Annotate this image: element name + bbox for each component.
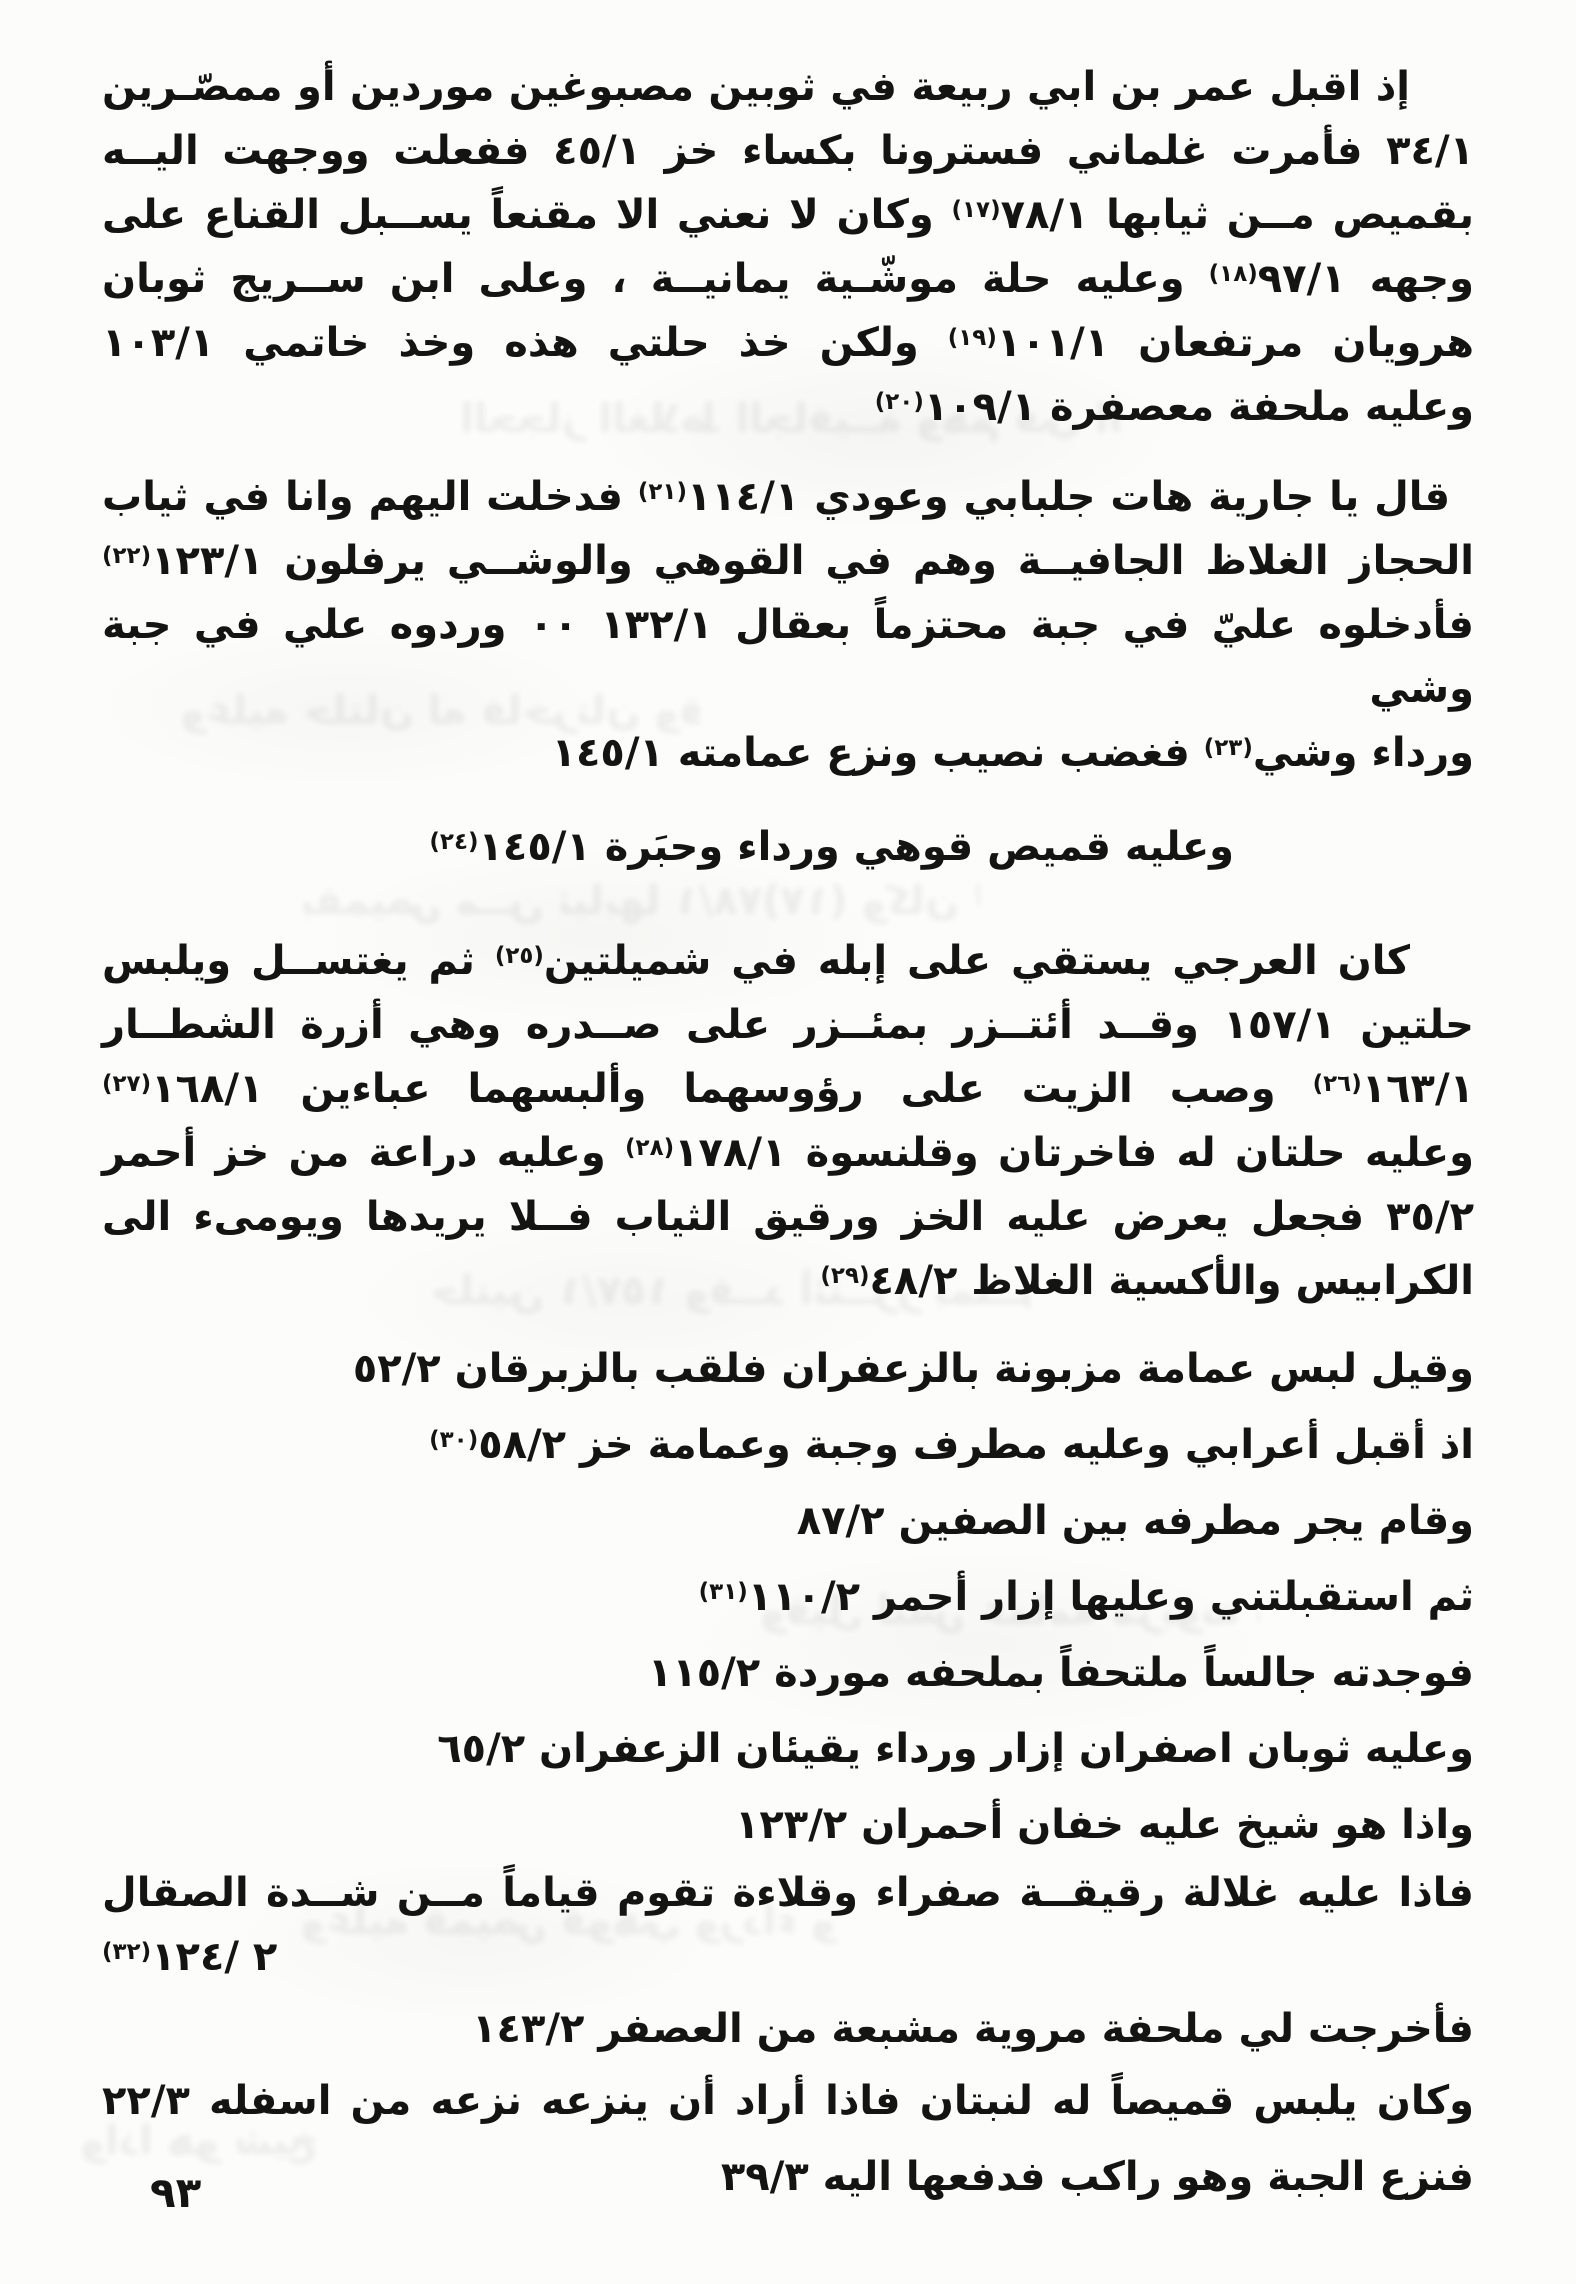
entry-6: وعليه ثوبان اصفران إزار ورداء يقيئان الز… xyxy=(102,1717,1474,1781)
text-line: وقيل لبس عمامة مزبونة بالزعفران فلقب بال… xyxy=(102,1337,1474,1401)
footnote-ref: (٢١) xyxy=(638,479,687,505)
paragraph-3: كان العرجي يستقي على إبله في شميلتين(٢٥)… xyxy=(102,929,1474,1313)
text-run: وكان يلبس قميصاً له لنبتان فاذا أراد أن … xyxy=(102,2078,1474,2124)
text-run: ١‏/٣٤ فأمرت غلماني فسترونا بكساء خز ١‏/٤… xyxy=(102,128,1474,174)
entry-11: فنزع الجبة وهو راكب فدفعها اليه ٣‏/٣٩ xyxy=(102,2145,1474,2209)
footnote-ref: (٢٣) xyxy=(1204,735,1253,761)
page-number: ٩٣ xyxy=(150,2168,201,2217)
text-run: وقام يجر مطرفه بين الصفين ٢‏/٨٧ xyxy=(797,1498,1474,1544)
footnote-ref: (٣٢) xyxy=(102,1939,151,1965)
text-line: الكرابيس والأكسية الغلاظ ٢‏/٤٨(٢٩) xyxy=(102,1249,1474,1313)
text-run: الحجاز الغلاظ الجافيــة وهم في القوهي وا… xyxy=(151,538,1474,584)
text-line: ثم استقبلتني وعليها إزار أحمر ٢‏/١١٠(٣١) xyxy=(102,1565,1474,1629)
scanned-page: الحجاز الغلاظ الجافيــة وهم في القوهي وا… xyxy=(0,0,1576,2284)
entry-7: واذا هو شيخ عليه خفان أحمران ٢‏/١٢٣ xyxy=(102,1793,1474,1857)
text-line: كان العرجي يستقي على إبله في شميلتين(٢٥)… xyxy=(102,929,1474,993)
text-line: وعليه ثوبان اصفران إزار ورداء يقيئان الز… xyxy=(102,1717,1474,1781)
footnote-ref: (٢٢) xyxy=(102,543,151,569)
text-run: وعليه دراعة من خز أحمر xyxy=(102,1130,625,1176)
entry-3: وقام يجر مطرفه بين الصفين ٢‏/٨٧ xyxy=(102,1489,1474,1553)
text-run: هرويان مرتفعان ١‏/١٠١ xyxy=(997,320,1474,366)
text-line: فنزع الجبة وهو راكب فدفعها اليه ٣‏/٣٩ xyxy=(102,2145,1474,2209)
text-line: واذا هو شيخ عليه خفان أحمران ٢‏/١٢٣ xyxy=(102,1793,1474,1857)
footnote-ref: (٢٤) xyxy=(429,829,478,855)
text-run: اذ أقبل أعرابي وعليه مطرف وجبة وعمامة خز… xyxy=(478,1422,1474,1468)
entry-8: فاذا عليه غلالة رقيقــة صفراء وقلاءة تقو… xyxy=(102,1861,1474,1989)
footnote-ref: (١٩) xyxy=(948,325,997,351)
entry-4: ثم استقبلتني وعليها إزار أحمر ٢‏/١١٠(٣١) xyxy=(102,1565,1474,1629)
text-line: فأدخلوه عليّ في جبة محتزماً بعقال ١‏/١٣٢… xyxy=(102,593,1474,721)
paragraph-1: إذ اقبل عمر بن ابي ربيعة في ثوبين مصبوغي… xyxy=(102,55,1474,439)
text-run: وعليه قميص قوهي ورداء وحبَرة ١‏/١٤٥ xyxy=(479,824,1234,870)
entry-9: فأخرجت لي ملحفة مروية مشبعة من العصفر ٢‏… xyxy=(102,1997,1474,2061)
text-run: فاذا عليه غلالة رقيقــة صفراء وقلاءة تقو… xyxy=(102,1870,1474,1916)
text-run: بقميص مــن ثيابها ١‏/٧٨ xyxy=(1001,192,1474,238)
footnote-ref: (٢٩) xyxy=(820,1263,869,1289)
text-run: فأخرجت لي ملحفة مروية مشبعة من العصفر ٢‏… xyxy=(472,2006,1474,2052)
footnote-ref: (٢٧) xyxy=(102,1071,151,1097)
text-line: فأخرجت لي ملحفة مروية مشبعة من العصفر ٢‏… xyxy=(102,1997,1474,2061)
text-line: اذ أقبل أعرابي وعليه مطرف وجبة وعمامة خز… xyxy=(102,1413,1474,1477)
entry-10: وكان يلبس قميصاً له لنبتان فاذا أراد أن … xyxy=(102,2069,1474,2133)
footnote-ref: (٣١) xyxy=(699,1579,748,1605)
text-run: قال يا جارية هات جلبابي وعودي ١‏/١١٤ xyxy=(687,474,1450,520)
text-run: ٢‏/٣٥ فجعل يعرض عليه الخز ورقيق الثياب ف… xyxy=(102,1194,1474,1240)
text-line: وعليه قميص قوهي ورداء وحبَرة ١‏/١٤٥(٢٤) xyxy=(102,815,1474,879)
text-line: ورداء وشي(٢٣) فغضب نصيب ونزع عمامته ١‏/١… xyxy=(102,721,1474,785)
text-line: ٢ ‏/١٢٤(٣٢) xyxy=(102,1925,1474,1989)
text-run: فدخلت اليهم وانا في ثياب xyxy=(102,474,638,520)
text-run: وصب الزيت على رؤوسهما وألبسهما عباءين ١‏… xyxy=(151,1066,1313,1112)
text-run: فنزع الجبة وهو راكب فدفعها اليه ٣‏/٣٩ xyxy=(721,2154,1474,2200)
text-line: فاذا عليه غلالة رقيقــة صفراء وقلاءة تقو… xyxy=(102,1861,1474,1925)
text-run: واذا هو شيخ عليه خفان أحمران ٢‏/١٢٣ xyxy=(735,1802,1474,1848)
text-block: إذ اقبل عمر بن ابي ربيعة في ثوبين مصبوغي… xyxy=(102,55,1474,2209)
text-line: الحجاز الغلاظ الجافيــة وهم في القوهي وا… xyxy=(102,529,1474,593)
text-run: فغضب نصيب ونزع عمامته ١‏/١٤٥ xyxy=(552,730,1204,776)
text-line: وجهه ١‏/٩٧(١٨) وعليه حلة موشّـية يمانيــ… xyxy=(102,247,1474,311)
text-run: كان العرجي يستقي على إبله في شميلتين xyxy=(544,938,1410,984)
text-run: وعليه حلتان له فاخرتان وقلنسوة ١‏/١٧٨ xyxy=(674,1130,1474,1176)
text-line: بقميص مــن ثيابها ١‏/٧٨(١٧) وكان لا نعني… xyxy=(102,183,1474,247)
text-run: وقيل لبس عمامة مزبونة بالزعفران فلقب بال… xyxy=(353,1346,1474,1392)
footnote-ref: (٣٠) xyxy=(429,1427,478,1453)
text-run: وعليه ثوبان اصفران إزار ورداء يقيئان الز… xyxy=(437,1726,1474,1772)
text-line: وكان يلبس قميصاً له لنبتان فاذا أراد أن … xyxy=(102,2069,1474,2133)
paragraph-2: قال يا جارية هات جلبابي وعودي ١‏/١١٤(٢١)… xyxy=(102,465,1474,785)
footnote-ref: (١٨) xyxy=(1209,261,1258,287)
footnote-ref: (٢٦) xyxy=(1313,1071,1362,1097)
text-line: ٢‏/٣٥ فجعل يعرض عليه الخز ورقيق الثياب ف… xyxy=(102,1185,1474,1249)
footnote-ref: (٢٨) xyxy=(625,1135,674,1161)
text-run: وعليه ملحفة معصفرة ١‏/١٠٩ xyxy=(924,384,1474,430)
footnote-ref: (٢٥) xyxy=(495,943,544,969)
text-run: الكرابيس والأكسية الغلاظ ٢‏/٤٨ xyxy=(870,1258,1475,1304)
text-line: وقام يجر مطرفه بين الصفين ٢‏/٨٧ xyxy=(102,1489,1474,1553)
text-run: إذ اقبل عمر بن ابي ربيعة في ثوبين مصبوغي… xyxy=(102,64,1410,110)
text-run: وجهه ١‏/٩٧ xyxy=(1258,256,1474,302)
footnote-ref: (٢٠) xyxy=(875,389,924,415)
entry-5: فوجدته جالساً ملتحفاً بملحفه موردة ٢‏/١١… xyxy=(102,1641,1474,1705)
text-run: وكان لا نعني الا مقنعاً يســبل القناع عل… xyxy=(102,192,951,238)
text-run: فأدخلوه عليّ في جبة محتزماً بعقال ١‏/١٣٢… xyxy=(102,602,1474,712)
text-run: ورداء وشي xyxy=(1253,730,1474,776)
text-run: ٢ ‏/١٢٤ xyxy=(151,1934,277,1980)
text-line: هرويان مرتفعان ١‏/١٠١(١٩) ولكن خذ حلتي ه… xyxy=(102,311,1474,375)
text-run: ثم يغتســل ويلبس xyxy=(102,938,495,984)
text-line: فوجدته جالساً ملتحفاً بملحفه موردة ٢‏/١١… xyxy=(102,1641,1474,1705)
text-line: وعليه حلتان له فاخرتان وقلنسوة ١‏/١٧٨(٢٨… xyxy=(102,1121,1474,1185)
text-run: وعليه حلة موشّـية يمانيــة ، وعلى ابن سـ… xyxy=(102,256,1209,302)
text-line: وعليه ملحفة معصفرة ١‏/١٠٩(٢٠) xyxy=(102,375,1474,439)
text-run: حلتين ١‏/١٥٧ وقــد أئتــزر بمئــزر على ص… xyxy=(102,1002,1474,1048)
text-line: قال يا جارية هات جلبابي وعودي ١‏/١١٤(٢١)… xyxy=(102,465,1474,529)
text-run: ١‏/١٦٣ xyxy=(1362,1066,1474,1112)
entry-1: وقيل لبس عمامة مزبونة بالزعفران فلقب بال… xyxy=(102,1337,1474,1401)
text-run: ثم استقبلتني وعليها إزار أحمر ٢‏/١١٠ xyxy=(748,1574,1474,1620)
text-run: ولكن خذ حلتي هذه وخذ خاتمي ١‏/١٠٣ xyxy=(102,320,948,366)
text-line: حلتين ١‏/١٥٧ وقــد أئتــزر بمئــزر على ص… xyxy=(102,993,1474,1057)
text-line: ١‏/٣٤ فأمرت غلماني فسترونا بكساء خز ١‏/٤… xyxy=(102,119,1474,183)
text-line: إذ اقبل عمر بن ابي ربيعة في ثوبين مصبوغي… xyxy=(102,55,1474,119)
entry-2: اذ أقبل أعرابي وعليه مطرف وجبة وعمامة خز… xyxy=(102,1413,1474,1477)
text-run: فوجدته جالساً ملتحفاً بملحفه موردة ٢‏/١١… xyxy=(648,1650,1474,1696)
pull-line: وعليه قميص قوهي ورداء وحبَرة ١‏/١٤٥(٢٤) xyxy=(102,815,1474,879)
text-line: ١‏/١٦٣(٢٦) وصب الزيت على رؤوسهما وألبسهم… xyxy=(102,1057,1474,1121)
footnote-ref: (١٧) xyxy=(951,197,1000,223)
